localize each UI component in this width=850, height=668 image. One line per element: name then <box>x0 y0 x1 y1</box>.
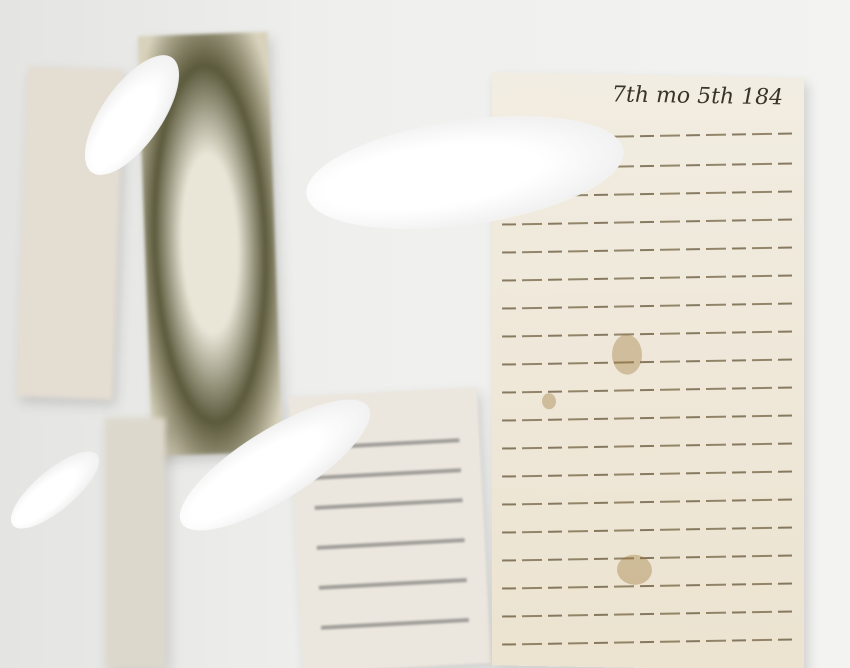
blurred-document-bottom-left <box>105 418 165 668</box>
white-feather-bottom-left <box>0 439 110 540</box>
letter-date: 7th mo 5th 184 <box>612 82 783 110</box>
